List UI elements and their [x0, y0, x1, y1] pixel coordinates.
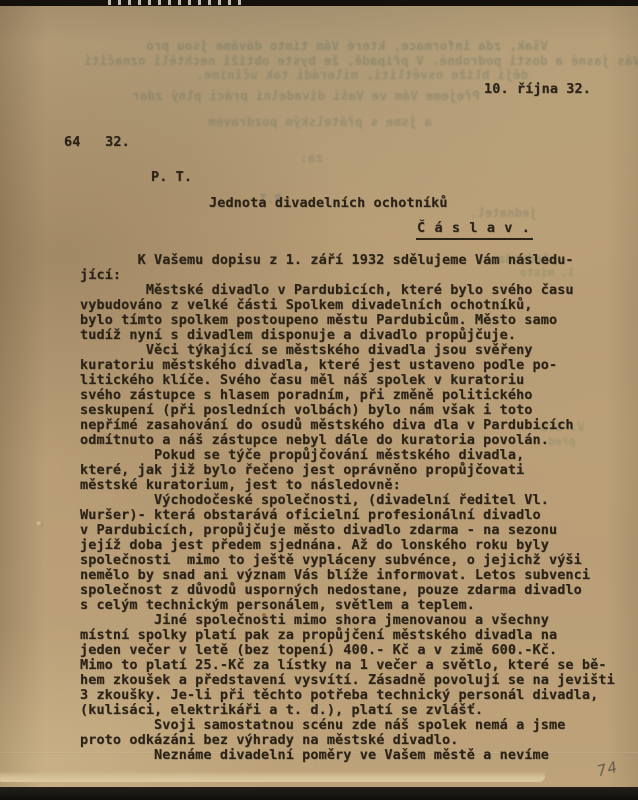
scan-top-edge-specks	[108, 0, 246, 5]
city-name-underlined: Č á s l a v .	[416, 221, 533, 240]
scan-bottom-edge	[0, 787, 638, 800]
recipient-name: Jednota divadelních ochotníků	[209, 196, 448, 211]
scanned-letter-page: Však, zda informace, které Vám tímto dáv…	[0, 0, 638, 800]
paper-bottom-edge	[0, 771, 545, 782]
scan-top-edge	[0, 0, 638, 6]
salutation: P. T.	[151, 170, 192, 185]
reference-number: 64 32.	[64, 135, 130, 150]
date-line: 10. října 32.	[484, 82, 591, 97]
letter-body: K Vašemu dopisu z 1. září 1932 sdělujeme…	[80, 253, 625, 763]
